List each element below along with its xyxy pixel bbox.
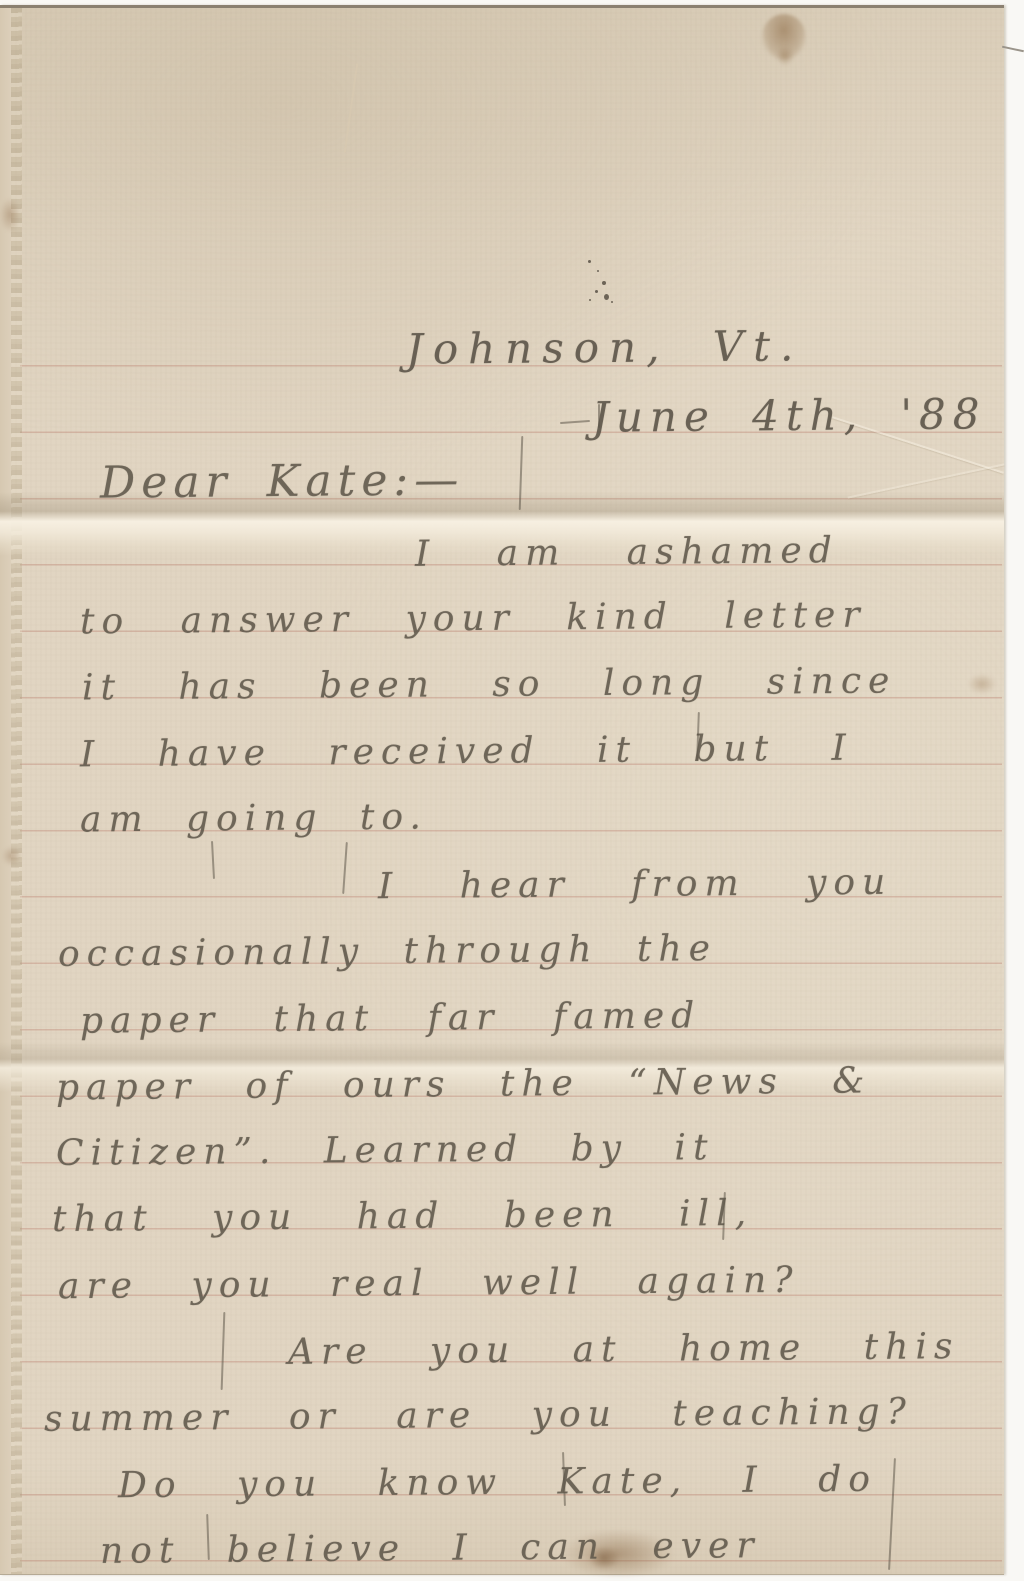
body-line: paper of ours the “News & (56, 1063, 872, 1106)
body-line: are you real well again? (58, 1263, 800, 1305)
scan-background: Johnson, Vt. June 4th, '88 Dear Kate:— I… (0, 0, 1024, 1581)
body-line: am going to. (80, 799, 428, 838)
body-line: I am ashamed (415, 533, 839, 573)
letter-page: Johnson, Vt. June 4th, '88 Dear Kate:— I… (0, 5, 1004, 1575)
body-line: Citizen”. Learned by it (56, 1130, 715, 1172)
stain-left-upper (0, 198, 20, 232)
stain-right-mid (968, 674, 996, 694)
torn-edge (11, 8, 22, 1574)
heading-date: June 4th, '88 (592, 393, 987, 438)
stain-left-mid (2, 846, 22, 866)
scanner-hair-line (1002, 46, 1024, 52)
body-line: I have received it but I (80, 731, 853, 774)
body-line: occasionally through the (58, 931, 717, 973)
left-margin-strip (0, 8, 11, 1574)
heading-place: Johnson, Vt. (406, 325, 804, 370)
body-line: I hear from you (378, 865, 893, 905)
body-line: Do you know Kate, I do (118, 1462, 877, 1505)
body-line: not believe I can ever (100, 1528, 761, 1570)
body-line: summer or are you teaching? (44, 1394, 913, 1438)
body-line: to answer your kind letter (80, 598, 867, 641)
body-line: it has been so long since (82, 663, 897, 706)
salutation: Dear Kate:— (100, 458, 465, 505)
body-line: that you had been ill, (52, 1196, 753, 1238)
body-line: Are you at home this (288, 1329, 960, 1371)
stain-top-right-tail (776, 46, 794, 66)
body-line: paper that far famed (80, 998, 702, 1039)
